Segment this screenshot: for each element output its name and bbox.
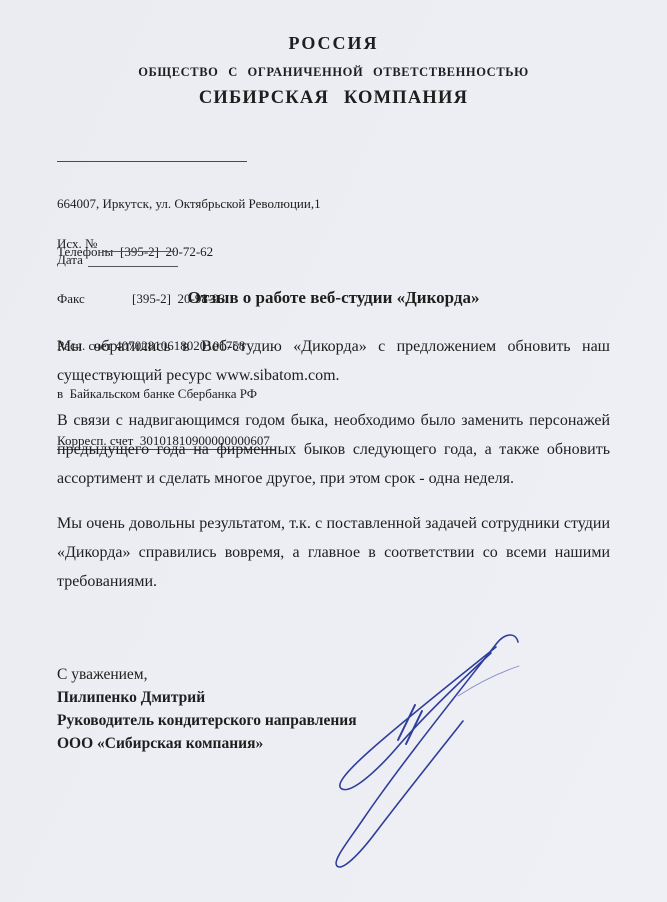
signature-stroke-loop <box>340 647 496 790</box>
letter-title: Отзыв о работе веб-студии «Дикорда» <box>0 288 667 308</box>
body-paragraph: В связи с надвигающимся годом быка, необ… <box>57 406 610 493</box>
signoff-position: Руководитель кондитерского направления <box>57 709 357 732</box>
letterhead-country: РОССИЯ <box>0 33 667 54</box>
contact-address: 664007, Иркутск, ул. Октябрьской Революц… <box>57 196 321 212</box>
signoff-block: С уважением, Пилипенко Дмитрий Руководит… <box>57 663 357 755</box>
body-paragraph: Мы обратились в Веб-студию «Дикорда» с п… <box>57 332 610 390</box>
contact-top-rule <box>57 161 247 162</box>
outgoing-number-blank <box>102 240 175 252</box>
signoff-company: ООО «Сибирская компания» <box>57 732 357 755</box>
signature-stroke-short-2 <box>406 711 422 744</box>
reference-block: Исх. № Дата <box>57 236 178 267</box>
date-label: Дата <box>57 252 83 268</box>
letter-body: Мы обратились в Веб-студию «Дикорда» с п… <box>57 332 610 612</box>
letterhead-company-name: СИБИРСКАЯ КОМПАНИЯ <box>0 88 667 109</box>
outgoing-number-label: Исх. № <box>57 236 97 252</box>
outgoing-number-row: Исх. № <box>57 236 178 252</box>
signature-stroke-hairline <box>458 666 519 696</box>
letterhead-org-type: ОБЩЕСТВО С ОГРАНИЧЕННОЙ ОТВЕТСТВЕННОСТЬЮ <box>0 65 667 80</box>
date-blank <box>88 255 178 267</box>
date-row: Дата <box>57 252 178 268</box>
signature-stroke-short-1 <box>398 705 415 740</box>
signoff-name: Пилипенко Дмитрий <box>57 686 357 709</box>
signoff-closing: С уважением, <box>57 663 357 686</box>
contact-address-text: 664007, Иркутск, ул. Октябрьской Революц… <box>57 196 321 212</box>
body-paragraph: Мы очень довольны результатом, т.к. с по… <box>57 509 610 596</box>
letterhead: РОССИЯ ОБЩЕСТВО С ОГРАНИЧЕННОЙ ОТВЕТСТВЕ… <box>0 33 667 109</box>
scanned-letter-page: РОССИЯ ОБЩЕСТВО С ОГРАНИЧЕННОЙ ОТВЕТСТВЕ… <box>0 0 667 902</box>
signature-stroke-main <box>336 635 518 867</box>
